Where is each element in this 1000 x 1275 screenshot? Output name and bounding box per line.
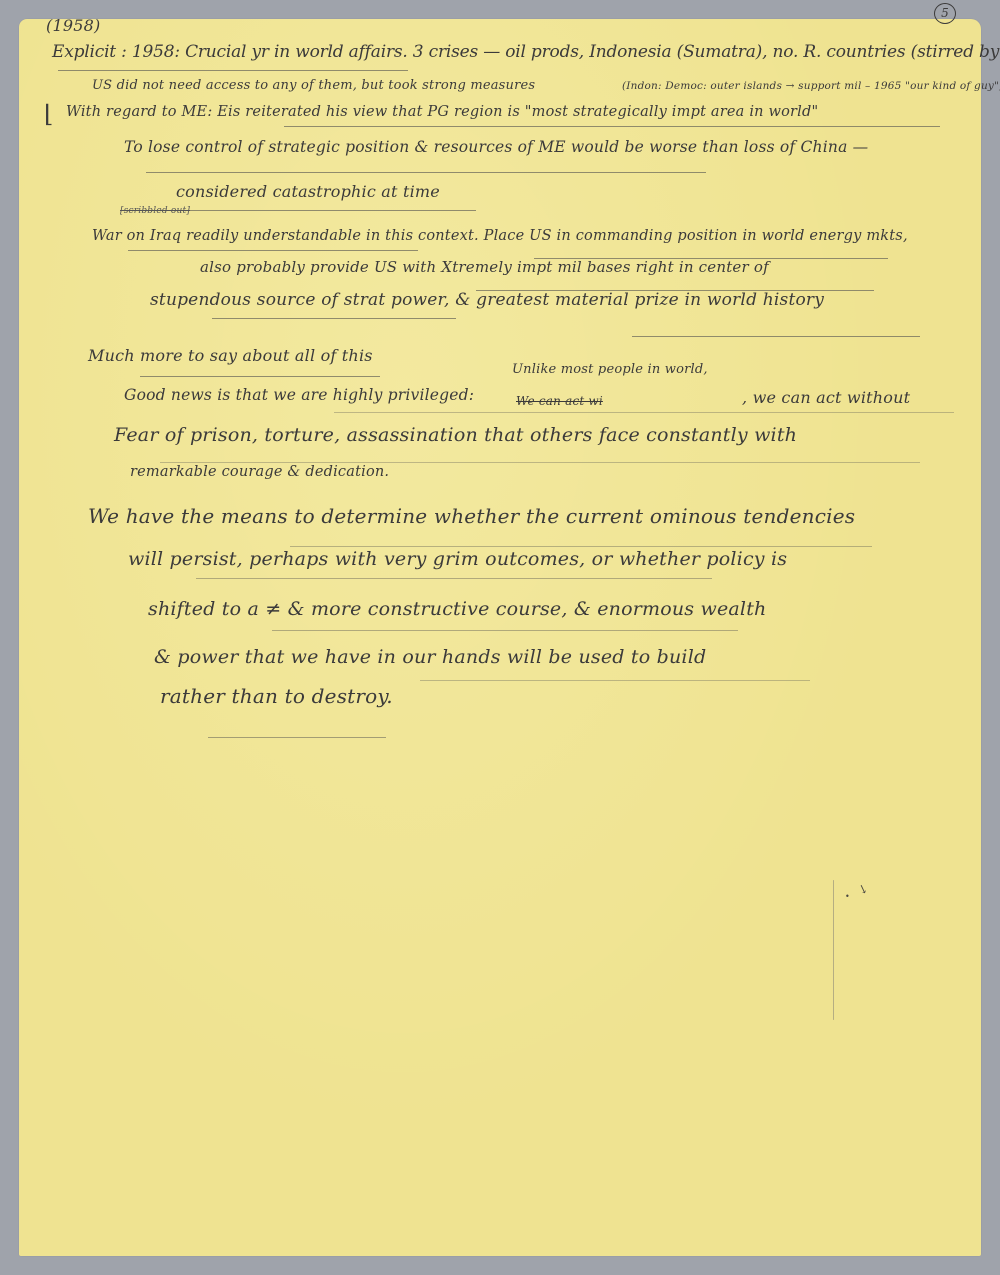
note-line-me-regard: With regard to ME: Eis reiterated his vi… <box>66 104 818 120</box>
margin-bracket-icon: ⌊ <box>44 100 53 128</box>
note-line-remarkable: remarkable courage & dedication. <box>130 464 389 480</box>
note-line-fear: Fear of prison, torture, assassination t… <box>114 424 797 446</box>
note-line-catastrophic: considered catastrophic at time <box>176 182 440 201</box>
underline-good-news <box>334 412 954 413</box>
margin-pencil-line <box>833 880 834 1020</box>
note-line-power: & power that we have in our hands will b… <box>154 646 706 668</box>
note-line-crossed-out: We can act wi <box>516 394 603 408</box>
underline-will-persist <box>196 578 712 579</box>
underline-fear <box>160 462 920 463</box>
underline-much-more <box>140 376 380 377</box>
note-line-we-have-means: We have the means to determine whether t… <box>88 504 855 528</box>
underline-explicit <box>58 70 408 71</box>
note-line-will-persist: will persist, perhaps with very grim out… <box>128 548 787 570</box>
underline-shifted <box>272 630 738 631</box>
underline-lose-control <box>146 172 706 173</box>
page-number-circle: 5 <box>934 3 956 24</box>
note-line-explicit: Explicit : 1958: Crucial yr in world aff… <box>52 42 1000 62</box>
note-line-us-access: US did not need access to any of them, b… <box>92 78 535 93</box>
underline-catastrophic <box>180 210 476 211</box>
note-line-much-more: Much more to say about all of this <box>88 346 373 365</box>
note-line-indonesia-aside: (Indon: Democ: outer islands → support m… <box>622 80 1000 92</box>
underline-we-have-means <box>290 546 872 547</box>
underline-stupendous <box>212 318 456 319</box>
note-line-mil-bases: also probably provide US with Xtremely i… <box>200 258 769 276</box>
pencil-dot: • <box>845 892 850 901</box>
note-line-stupendous: stupendous source of strat power, & grea… <box>150 290 824 310</box>
underline-me-regard <box>284 126 940 127</box>
underline-war-on-iraq <box>128 250 418 251</box>
note-line-unlike-insert: Unlike most people in world, <box>512 362 708 377</box>
note-line-rather-than: rather than to destroy. <box>160 684 393 708</box>
corner-note: (1958) <box>46 16 100 35</box>
underline-power <box>420 680 810 681</box>
legal-pad-page <box>19 19 981 1256</box>
underline-material-prize <box>632 336 920 337</box>
note-line-good-news: Good news is that we are highly privileg… <box>124 386 474 404</box>
note-line-act-without: , we can act without <box>742 388 910 407</box>
scribbled-out-word: [scribbled out] <box>120 206 190 216</box>
note-line-lose-control: To lose control of strategic position & … <box>124 138 868 156</box>
note-line-shifted: shifted to a ≠ & more constructive cours… <box>148 598 766 620</box>
note-line-war-on-iraq: War on Iraq readily understandable in th… <box>92 228 908 244</box>
closing-rule <box>208 737 386 738</box>
